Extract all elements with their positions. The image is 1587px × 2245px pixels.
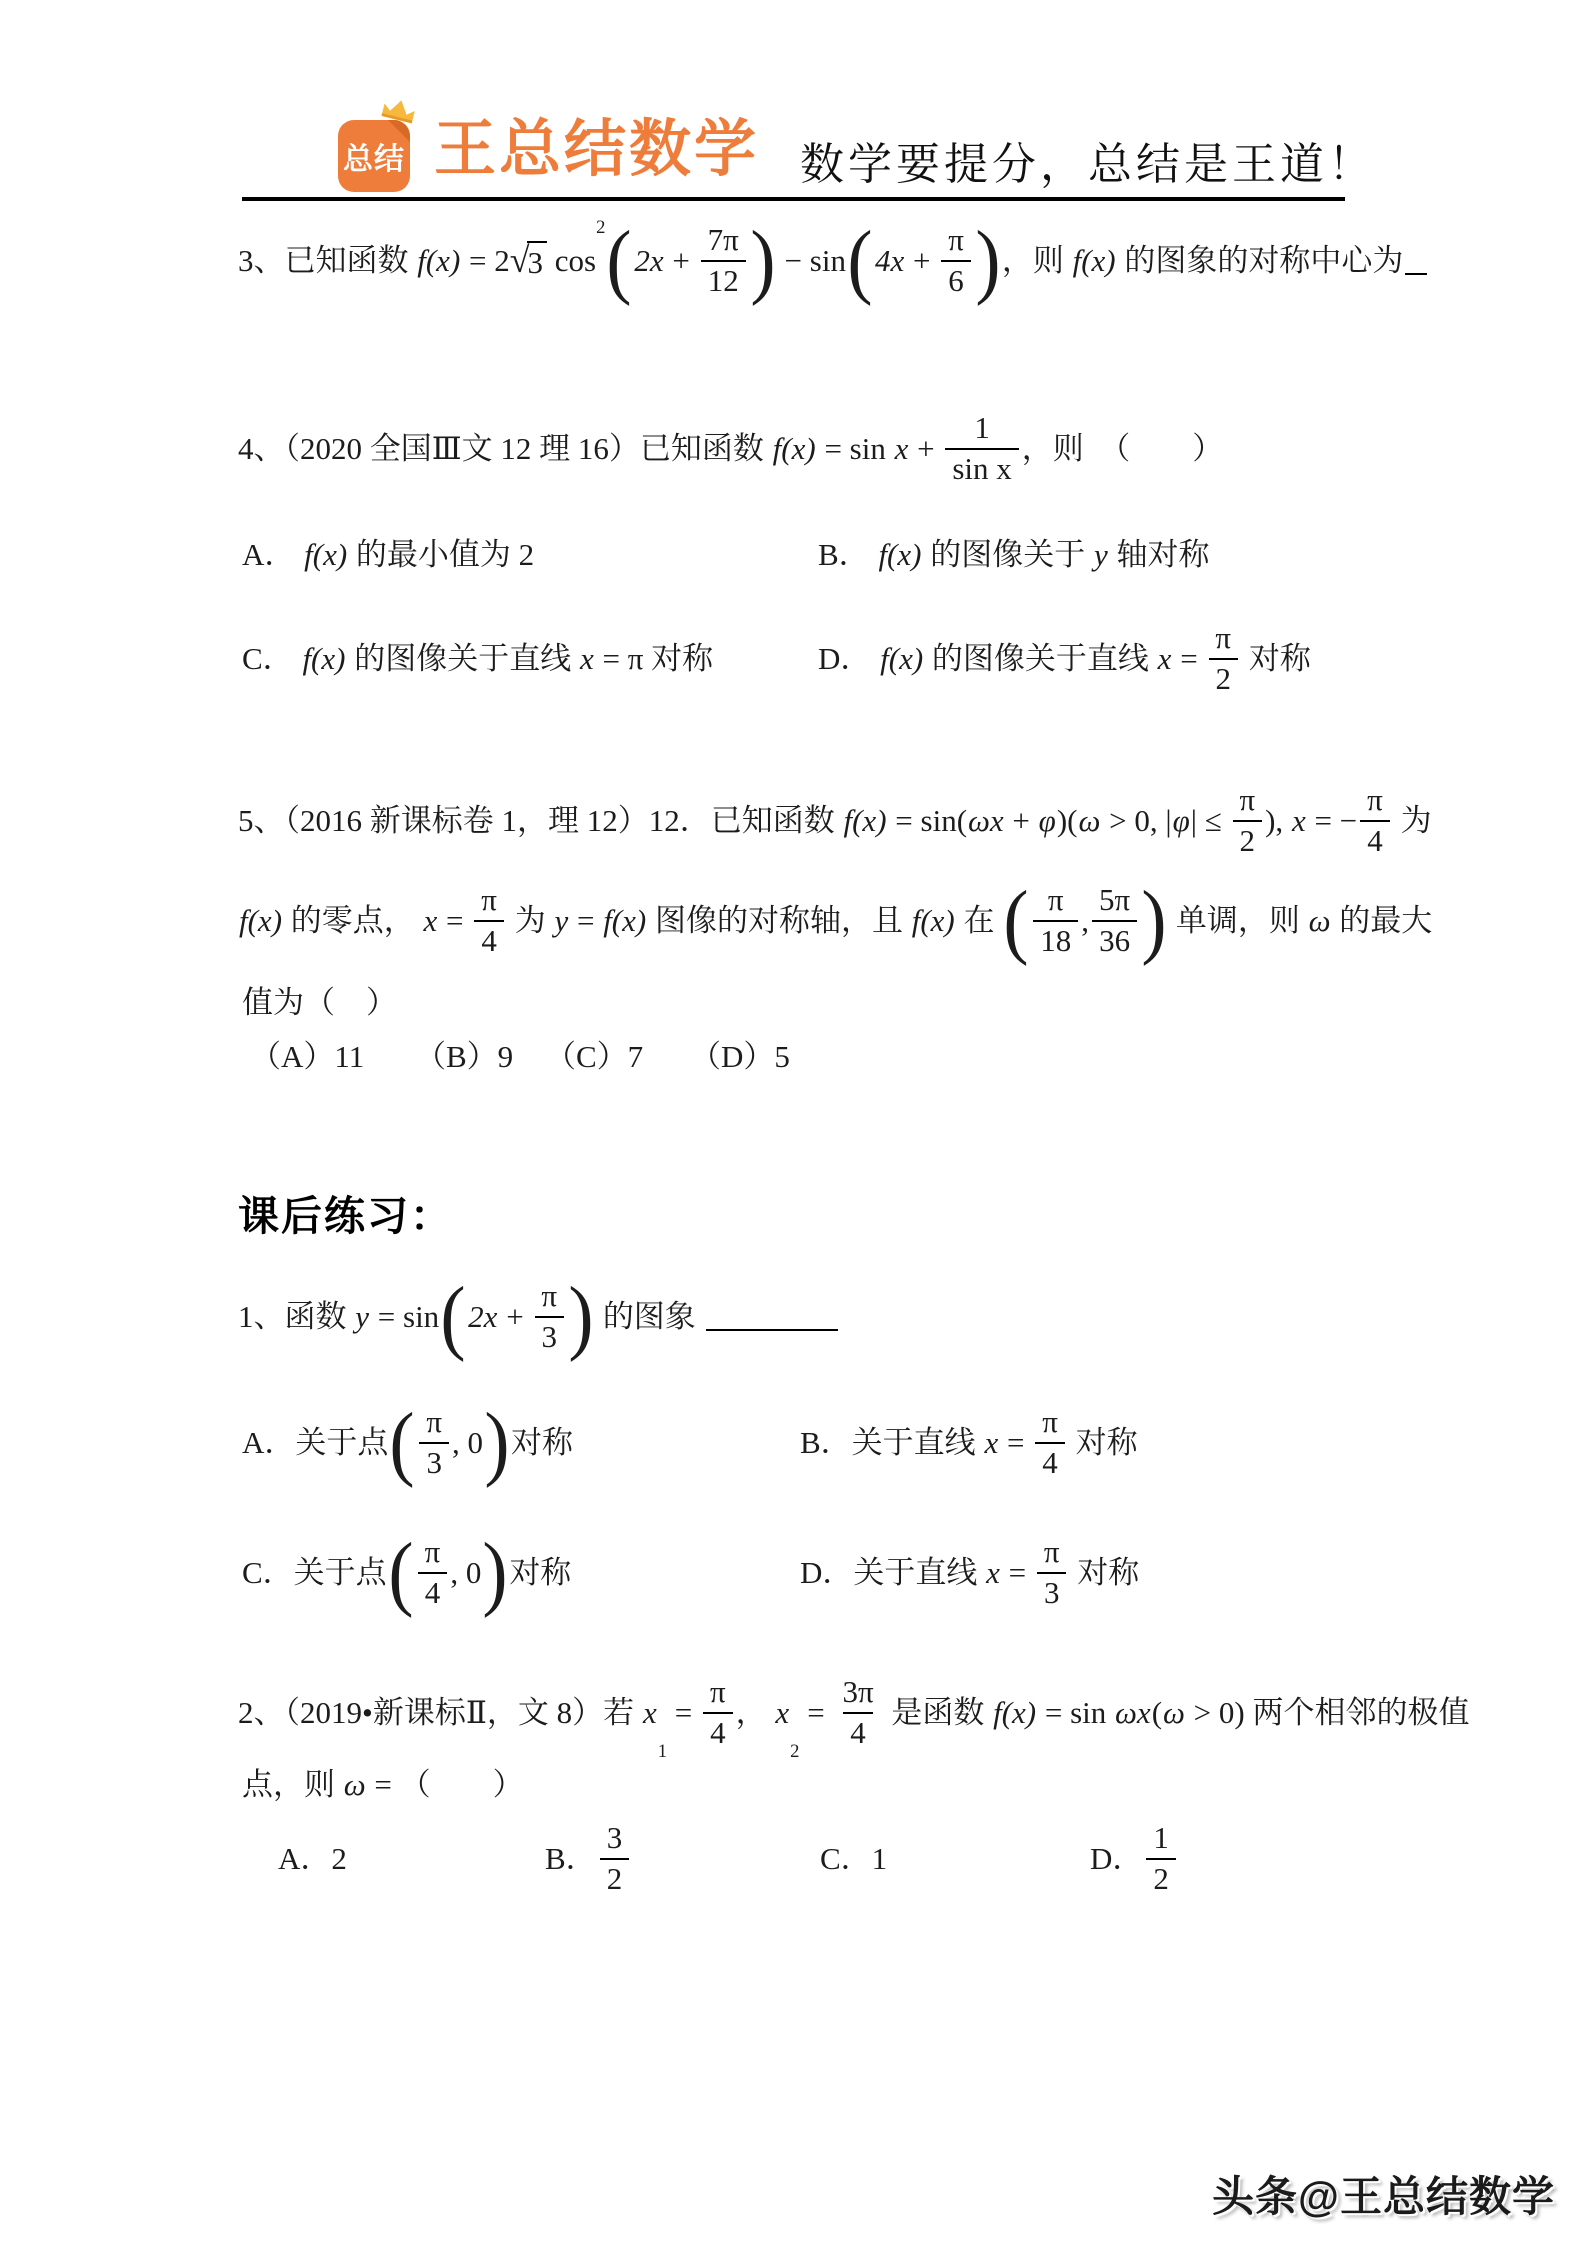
exercise-2-option-d: D．12 [1090,1820,1179,1898]
badge-label: 总结 [343,134,405,178]
problem-4-option-d: D． f(x) 的图像关于直线 x = π2 对称 [818,610,1311,708]
problem-5-option-d: （D）5 [690,1036,790,1078]
footer-credit: 头条@王总结数学 [1212,2164,1555,2224]
exercise-1-option-a: A．关于点(π3, 0)对称 [242,1384,573,1502]
exercise-2-option-b: B．32 [545,1820,632,1898]
problem-5-line-1: 5、（2016 新课标卷 1，理 12）12．已知函数 f(x) = sin(ω… [238,768,1432,874]
problem-5-option-a: （A）11 [250,1036,364,1078]
problem-4-option-b: B． f(x) 的图像关于 y 轴对称 [818,528,1209,582]
exercise-1-line: 1、函数 y = sin(2x + π3) 的图象 [238,1260,840,1374]
exercise-2-line-1: 2、（2019•新课标Ⅱ，文 8）若 x1 = π4， x2 = 3π4 是函数… [238,1654,1469,1772]
brand-logo-badge: 总结 [338,120,410,192]
exercise-1-option-b: B．关于直线 x = π4 对称 [800,1384,1138,1502]
exercise-1-option-c: C．关于点(π4, 0)对称 [242,1514,571,1632]
worksheet-page: 总结 王总结数学 数学要提分，总结是王道！ 3、已知函数 f(x) = 2√3 … [0,0,1587,2245]
problem-4-line: 4、（2020 全国Ⅲ文 12 理 16）已知函数 f(x) = sin x +… [238,394,1223,504]
exercise-1-option-d: D．关于直线 x = π3 对称 [800,1514,1139,1632]
header-divider [242,197,1345,201]
exercise-2-option-a: A．2 [278,1820,347,1898]
section-heading: 课后练习： [238,1183,453,1242]
problem-5-line-2: f(x) 的零点， x = π4 为 y = f(x) 图像的对称轴，且 f(x… [238,864,1432,978]
brand-wordmark: 王总结数学 [434,116,759,184]
exercise-2-line-2: 点，则 ω = （ ） [242,1762,524,1808]
problem-5-line-3: 值为（ ） [242,982,397,1024]
problem-4-option-a: A． f(x) 的最小值为 2 [242,528,534,582]
exercise-2-option-c: C．1 [820,1820,887,1898]
header-slogan: 数学要提分，总结是王道！ [800,142,1376,188]
problem-3-line: 3、已知函数 f(x) = 2√3 cos2(2x + 7π12) − sin(… [238,210,1429,312]
problem-4-option-c: C． f(x) 的图像关于直线 x = π 对称 [242,610,713,708]
problem-5-option-b: （B）9 [415,1036,513,1078]
problem-5-option-c: （C）7 [545,1036,643,1078]
